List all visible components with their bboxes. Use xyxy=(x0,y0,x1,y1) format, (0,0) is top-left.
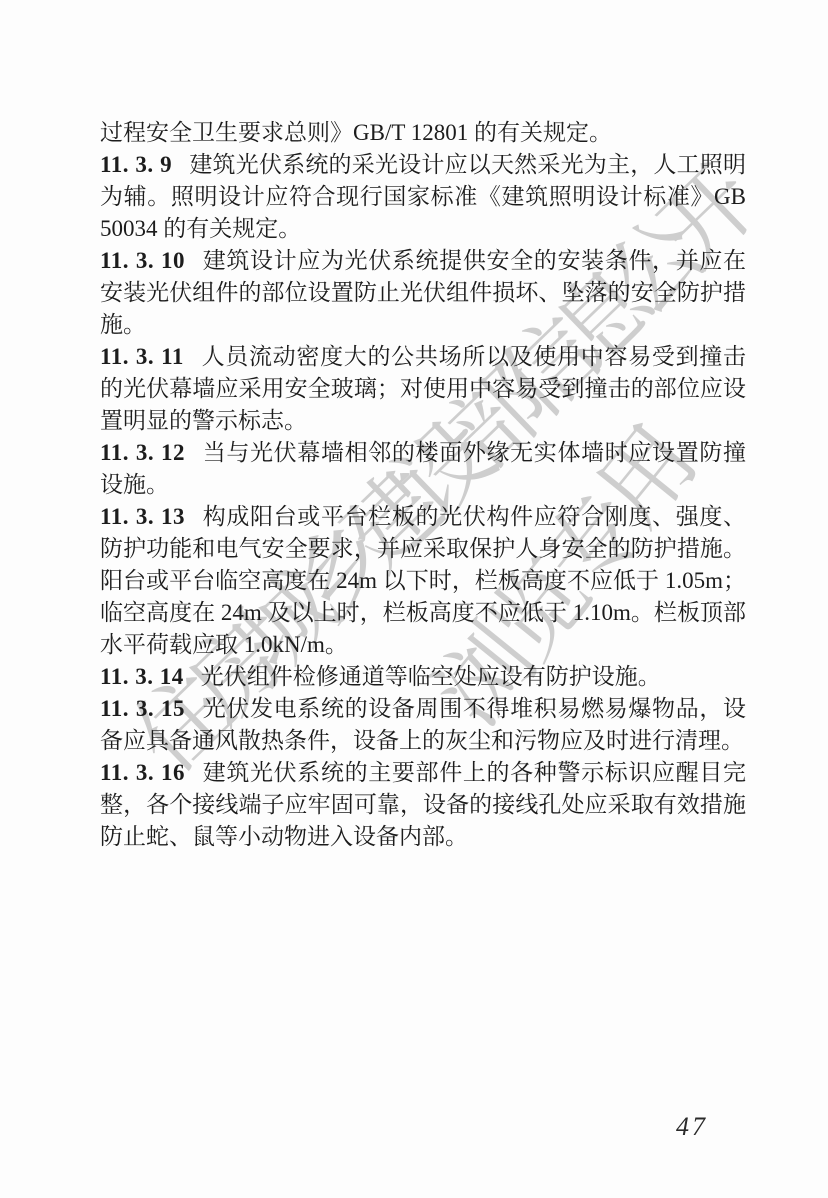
clause-number: 11. 3. 12 xyxy=(100,440,185,465)
clause-number: 11. 3. 11 xyxy=(100,344,184,369)
clause-text: 过程安全卫生要求总则》GB/T 12801 的有关规定。 xyxy=(100,120,612,145)
clause-text: 光伏组件检修通道等临空处应设有防护设施。 xyxy=(201,664,661,689)
clause-paragraph: 过程安全卫生要求总则》GB/T 12801 的有关规定。 xyxy=(100,117,746,149)
document-page: 住房城乡建设部信息公开 浏览专用 过程安全卫生要求总则》GB/T 12801 的… xyxy=(0,0,828,1198)
clause-paragraph: 11. 3. 13构成阳台或平台栏板的光伏构件应符合刚度、强度、防护功能和电气安… xyxy=(100,501,746,661)
clause-text: 建筑设计应为光伏系统提供安全的安装条件，并应在安装光伏组件的部位设置防止光伏组件… xyxy=(100,248,746,337)
clause-number: 11. 3. 10 xyxy=(100,248,185,273)
clause-paragraph: 11. 3. 12当与光伏幕墙相邻的楼面外缘无实体墙时应设置防撞设施。 xyxy=(100,437,746,501)
clause-text: 当与光伏幕墙相邻的楼面外缘无实体墙时应设置防撞设施。 xyxy=(100,440,746,497)
clause-text: 建筑光伏系统的采光设计应以天然采光为主，人工照明为辅。照明设计应符合现行国家标准… xyxy=(100,152,746,241)
document-body: 过程安全卫生要求总则》GB/T 12801 的有关规定。 11. 3. 9建筑光… xyxy=(100,117,746,853)
clause-number: 11. 3. 14 xyxy=(100,664,184,689)
clause-number: 11. 3. 15 xyxy=(100,696,185,721)
clause-paragraph: 11. 3. 15光伏发电系统的设备周围不得堆积易燃易爆物品，设备应具备通风散热… xyxy=(100,693,746,757)
page-number: 47 xyxy=(676,1112,708,1142)
clause-number: 11. 3. 13 xyxy=(100,504,185,529)
clause-paragraph: 11. 3. 9建筑光伏系统的采光设计应以天然采光为主，人工照明为辅。照明设计应… xyxy=(100,149,746,245)
clause-paragraph: 11. 3. 14光伏组件检修通道等临空处应设有防护设施。 xyxy=(100,661,746,693)
clause-number: 11. 3. 9 xyxy=(100,152,172,177)
clause-paragraph: 11. 3. 10建筑设计应为光伏系统提供安全的安装条件，并应在安装光伏组件的部… xyxy=(100,245,746,341)
clause-number: 11. 3. 16 xyxy=(100,760,185,785)
clause-text: 构成阳台或平台栏板的光伏构件应符合刚度、强度、防护功能和电气安全要求，并应采取保… xyxy=(100,504,746,657)
clause-paragraph: 11. 3. 16建筑光伏系统的主要部件上的各种警示标识应醒目完整，各个接线端子… xyxy=(100,757,746,853)
clause-paragraph: 11. 3. 11人员流动密度大的公共场所以及使用中容易受到撞击的光伏幕墙应采用… xyxy=(100,341,746,437)
clause-text: 建筑光伏系统的主要部件上的各种警示标识应醒目完整，各个接线端子应牢固可靠，设备的… xyxy=(100,760,746,849)
clause-text: 光伏发电系统的设备周围不得堆积易燃易爆物品，设备应具备通风散热条件，设备上的灰尘… xyxy=(100,696,746,753)
clause-text: 人员流动密度大的公共场所以及使用中容易受到撞击的光伏幕墙应采用安全玻璃；对使用中… xyxy=(100,344,746,433)
